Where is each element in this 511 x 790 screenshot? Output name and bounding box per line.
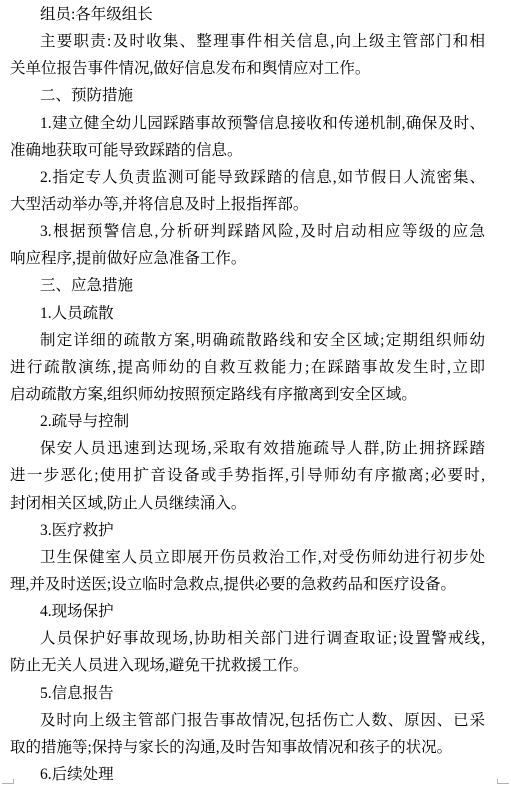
text-line: 1.人员疏散 (10, 300, 485, 327)
text-line: 取的措施等;保持与家长的沟通,及时告知事故情况和孩子的状况。 (10, 734, 485, 761)
text-line: 二、预防措施 (10, 82, 485, 109)
document-page: 组员:各年级组长主要职责:及时收集、整理事件相关信息,向上级主管部门和相关单位报… (0, 0, 511, 790)
text-line: 3.根据预警信息,分析研判踩踏风险,及时启动相应等级的应急 (10, 218, 485, 245)
text-line: 准确地获取可能导致踩踏的信息。 (10, 137, 485, 164)
text-line: 组员:各年级组长 (10, 1, 485, 28)
text-line: 卫生保健室人员立即展开伤员救治工作,对受伤师幼进行初步处 (10, 544, 485, 571)
text-line: 5.信息报告 (10, 680, 485, 707)
text-line: 大型活动举办等,并将信息及时上报指挥部。 (10, 191, 485, 218)
text-line: 启动疏散方案,组织师幼按照预定路线有序撤离到安全区域。 (10, 381, 485, 408)
text-line: 及时向上级主管部门报告事故情况,包括伤亡人数、原因、已采 (10, 707, 485, 734)
document-text: 组员:各年级组长主要职责:及时收集、整理事件相关信息,向上级主管部门和相关单位报… (10, 1, 485, 788)
text-line: 理,并及时送医;设立临时急救点,提供必要的急救药品和医疗设备。 (10, 571, 485, 598)
text-line: 响应程序,提前做好应急准备工作。 (10, 245, 485, 272)
text-line: 1.建立健全幼儿园踩踏事故预警信息接收和传递机制,确保及时、 (10, 110, 485, 137)
text-line: 进一步恶化;使用扩音设备或手势指挥,引导师幼有序撤离;必要时, (10, 462, 485, 489)
text-line: 主要职责:及时收集、整理事件相关信息,向上级主管部门和相 (10, 28, 485, 55)
text-line: 人员保护好事故现场,协助相关部门进行调查取证;设置警戒线, (10, 625, 485, 652)
text-line: 进行疏散演练,提高师幼的自救互救能力;在踩踏事故发生时,立即 (10, 354, 485, 381)
margin-mark-bottom-right (497, 779, 509, 784)
text-line: 三、应急措施 (10, 272, 485, 299)
text-line: 2.指定专人负责监测可能导致踩踏的信息,如节假日人流密集、 (10, 164, 485, 191)
text-line: 防止无关人员进入现场,避免干扰救援工作。 (10, 652, 485, 679)
text-line: 制定详细的疏散方案,明确疏散路线和安全区域;定期组织师幼 (10, 327, 485, 354)
text-line: 2.疏导与控制 (10, 408, 485, 435)
text-line: 4.现场保护 (10, 598, 485, 625)
text-line: 3.医疗救护 (10, 517, 485, 544)
margin-mark-bottom-left (2, 779, 14, 784)
text-line: 保安人员迅速到达现场,采取有效措施疏导人群,防止拥挤踩踏 (10, 435, 485, 462)
text-line: 6.后续处理 (10, 761, 485, 788)
text-line: 封闭相关区域,防止人员继续涌入。 (10, 490, 485, 517)
text-line: 关单位报告事件情况,做好信息发布和舆情应对工作。 (10, 55, 485, 82)
